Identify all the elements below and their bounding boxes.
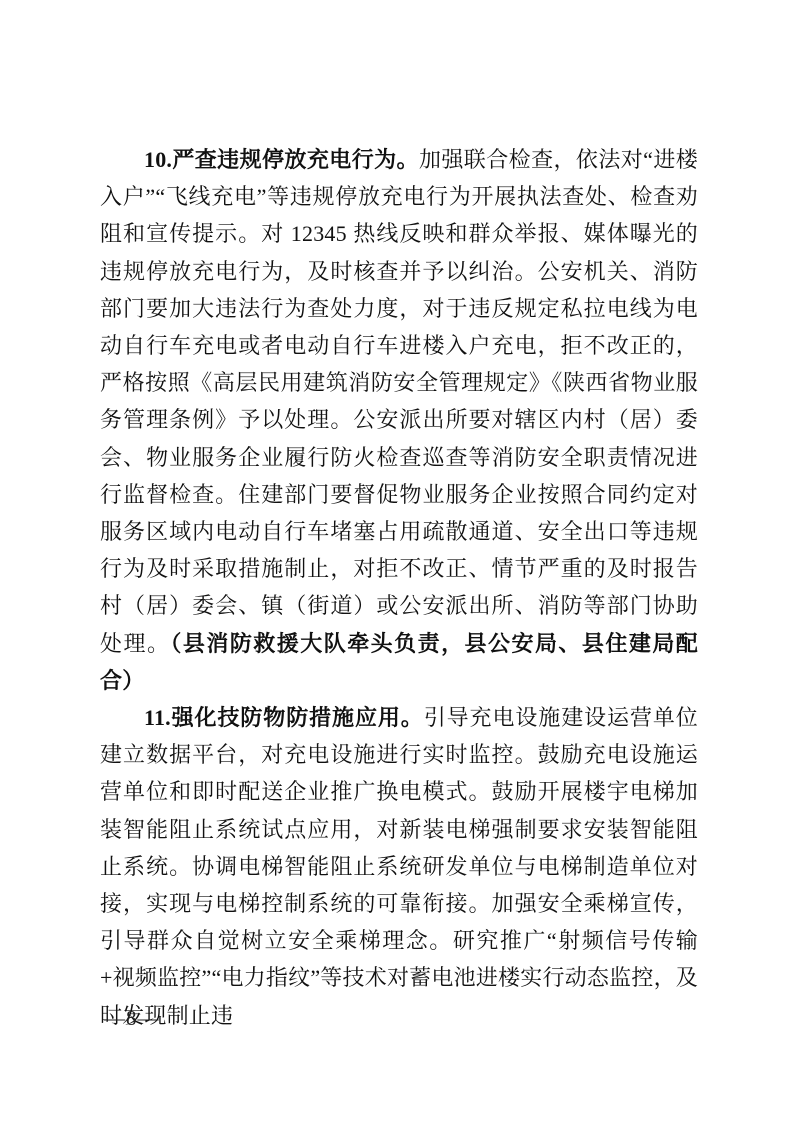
paragraph-11: 11.强化技防物防措施应用。引导充电设施建设运营单位建立数据平台，对充电设施进行… xyxy=(100,699,698,1034)
paragraph-10-heading: 10.严查违规停放充电行为。 xyxy=(144,147,419,172)
paragraph-11-heading: 11.强化技防物防措施应用。 xyxy=(144,705,424,730)
document-body: 10.严查违规停放充电行为。加强联合检查，依法对“进楼入户”“飞线充电”等违规停… xyxy=(100,141,698,1034)
paragraph-10-text: 加强联合检查，依法对“进楼入户”“飞线充电”等违规停放充电行为开展执法查处、检查… xyxy=(100,147,698,656)
paragraph-10: 10.严查违规停放充电行为。加强联合检查，依法对“进楼入户”“飞线充电”等违规停… xyxy=(100,141,698,699)
paragraph-11-text: 引导充电设施建设运营单位建立数据平台，对充电设施进行实时监控。鼓励充电设施运营单… xyxy=(100,705,698,1028)
page-number: —8— xyxy=(104,1004,160,1032)
paragraph-10-responsibility-note: （县消防救援大队牵头负责，县公安局、县住建局配合） xyxy=(100,631,698,693)
document-page: 10.严查违规停放充电行为。加强联合检查，依法对“进楼入户”“飞线充电”等违规停… xyxy=(0,0,793,1122)
